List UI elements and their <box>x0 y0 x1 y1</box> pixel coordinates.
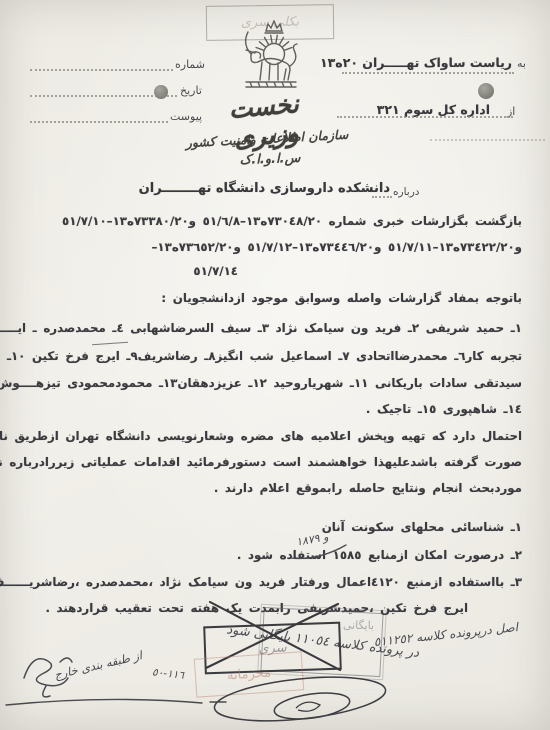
emblem-base <box>246 82 296 87</box>
to-value: ریاست ساواک تهـــــران ٢٠ه١٣ <box>320 55 512 70</box>
attachment-label: پیوست <box>170 110 202 123</box>
document-page: بکلی سری نخست وزیری سازمان اطلاعات وامنی… <box>0 0 550 730</box>
body-line: ١٤ـ شاهپوری ١٥ـ تاجیک . <box>366 402 522 416</box>
body-line: احتمال دارد که تهیه وپخش اعلامیه های مضر… <box>0 429 522 443</box>
signature-ellipse <box>206 672 394 728</box>
body-line: ٢ـ درصورت امکان ازمنابع ١٥٨٥ استفاده شود… <box>237 548 522 562</box>
subject-value: دانشکده داروسازی دانشگاه تهــــــــران <box>139 181 390 196</box>
name-underline <box>92 342 128 346</box>
body-line: سیدتقی سادات باریکانی ١١ـ شهریاروحید ١٢ـ… <box>0 376 522 390</box>
body-line: بازگشت بگزارشات خبری شماره ٧٣٠٤٨/٢٠ه١٣–٥… <box>62 214 522 228</box>
lion-and-sun-emblem <box>238 20 306 98</box>
attachment-rule <box>30 121 168 123</box>
lion-body-icon <box>258 59 290 81</box>
subject-leader <box>372 196 392 198</box>
body-line: باتوجه بمفاد گزارشات واصله وسوابق موجود … <box>161 291 522 305</box>
sword-icon <box>246 32 255 54</box>
handwritten-ref-number: ١١٦-٥٠ <box>151 666 184 681</box>
to-rule <box>342 72 514 74</box>
subject-label: درباره <box>393 186 419 198</box>
date-rule <box>30 95 177 97</box>
body-line: صورت گرفته باشدعلیهذا خواهشمند است دستور… <box>0 455 522 469</box>
body-line: ١ـ حمید شریفی ٢ـ فرید ون سیامک نژاد ٣ـ س… <box>0 321 522 335</box>
number-label: شماره <box>175 58 205 71</box>
number-rule <box>30 69 173 71</box>
body-line: ٥١/٧/١٤ <box>193 264 238 278</box>
body-line: و٧٣٤٢٢/٢٠ه١٣–٥١/٧/١١ و٧٣٤٤٦/٢٠ه١٣–٥١/٧/١… <box>152 240 523 254</box>
signature-monogram <box>16 642 78 702</box>
from-value: اداره کل سوم ٣٢١ <box>377 102 490 117</box>
org-acronym: س.ا.و.ا.ک <box>215 150 325 169</box>
crown-icon <box>266 21 282 31</box>
body-line: ١ـ شناسائی محلهای سکونت آنان <box>322 520 522 534</box>
underline-stroke <box>4 694 230 710</box>
date-label: تاریخ <box>180 84 202 97</box>
binder-dot-right <box>478 83 494 99</box>
body-line: موردبحث انجام ونتایج حاصله رابموقع اعلام… <box>214 481 522 495</box>
from-rule <box>337 116 513 118</box>
insertion-swoosh <box>288 542 350 562</box>
to-label: به <box>517 57 526 70</box>
extra-rule <box>430 139 545 141</box>
sun-rays-icon <box>256 35 292 50</box>
body-line: ٣ـ بااستفاده ازمنبع ٤١٢٠اعمال ورفتار فری… <box>0 575 522 589</box>
body-line: تجربه کار٦ـ محمدرضااتحادی ٧ـ اسماعیل شب … <box>7 349 522 363</box>
